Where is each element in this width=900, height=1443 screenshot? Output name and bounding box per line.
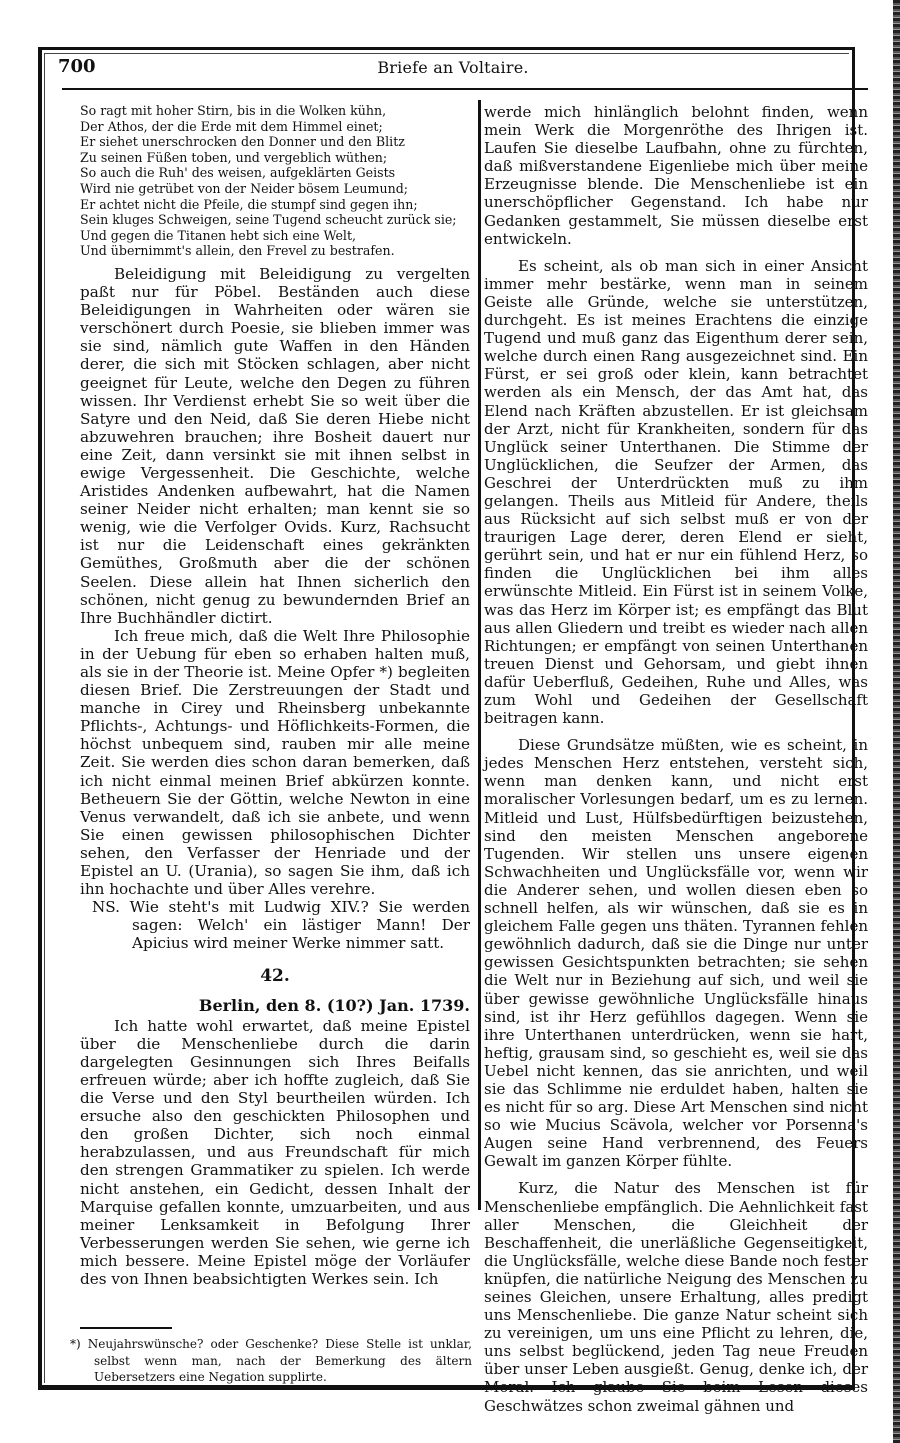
scan-edge-strip <box>893 0 900 1443</box>
letter-paragraph: Ich hatte wohl erwartet, daß meine Epist… <box>80 1017 470 1288</box>
dateline: Berlin, den 8. (10?) Jan. 1739. <box>80 997 470 1015</box>
continued-paragraph: werde mich hinlänglich belohnt finden, w… <box>484 103 868 248</box>
poem-line: Er siehet unerschrocken den Donner und d… <box>80 134 470 150</box>
left-column: So ragt mit hoher Stirn, bis in die Wolk… <box>80 103 470 1288</box>
poem-line: Und übernimmt's allein, den Frevel zu be… <box>80 243 470 259</box>
body-paragraph: Beleidigung mit Beleidigung zu vergelten… <box>80 265 470 627</box>
body-paragraph: Es scheint, als ob man sich in einer Ans… <box>484 257 868 727</box>
column-divider <box>478 100 481 1210</box>
footnote-rule <box>80 1327 172 1329</box>
poem-line: Und gegen die Titanen hebt sich eine Wel… <box>80 228 470 244</box>
body-paragraph: Kurz, die Natur des Menschen ist für Men… <box>484 1179 868 1414</box>
body-paragraph: Ich freue mich, daß die Welt Ihre Philos… <box>80 627 470 898</box>
body-paragraph: Diese Grundsätze müßten, wie es scheint,… <box>484 736 868 1170</box>
footnote: *) Neujahrswünsche? oder Geschenke? Dies… <box>70 1336 472 1386</box>
postscript: NS. Wie steht's mit Ludwig XIV.? Sie wer… <box>80 898 470 952</box>
poem-line: Der Athos, der die Erde mit dem Himmel e… <box>80 119 470 135</box>
poem-line: Sein kluges Schweigen, seine Tugend sche… <box>80 212 470 228</box>
poem-line: Er achtet nicht die Pfeile, die stumpf s… <box>80 197 470 213</box>
running-head: 700 Briefe an Voltaire. <box>58 56 848 78</box>
poem-line: Zu seinen Füßen toben, und vergeblich wü… <box>80 150 470 166</box>
poem-line: So ragt mit hoher Stirn, bis in die Wolk… <box>80 103 470 119</box>
header-rule <box>62 88 868 90</box>
bottom-frame-rule <box>38 1385 855 1390</box>
letter-number: 42. <box>80 967 470 985</box>
poem-line: So auch die Ruh' des weisen, aufgeklärte… <box>80 165 470 181</box>
poem: So ragt mit hoher Stirn, bis in die Wolk… <box>80 103 470 259</box>
poem-line: Wird nie getrübet von der Neider bösem L… <box>80 181 470 197</box>
right-column: werde mich hinlänglich belohnt finden, w… <box>484 103 868 1415</box>
running-title: Briefe an Voltaire. <box>58 58 848 77</box>
